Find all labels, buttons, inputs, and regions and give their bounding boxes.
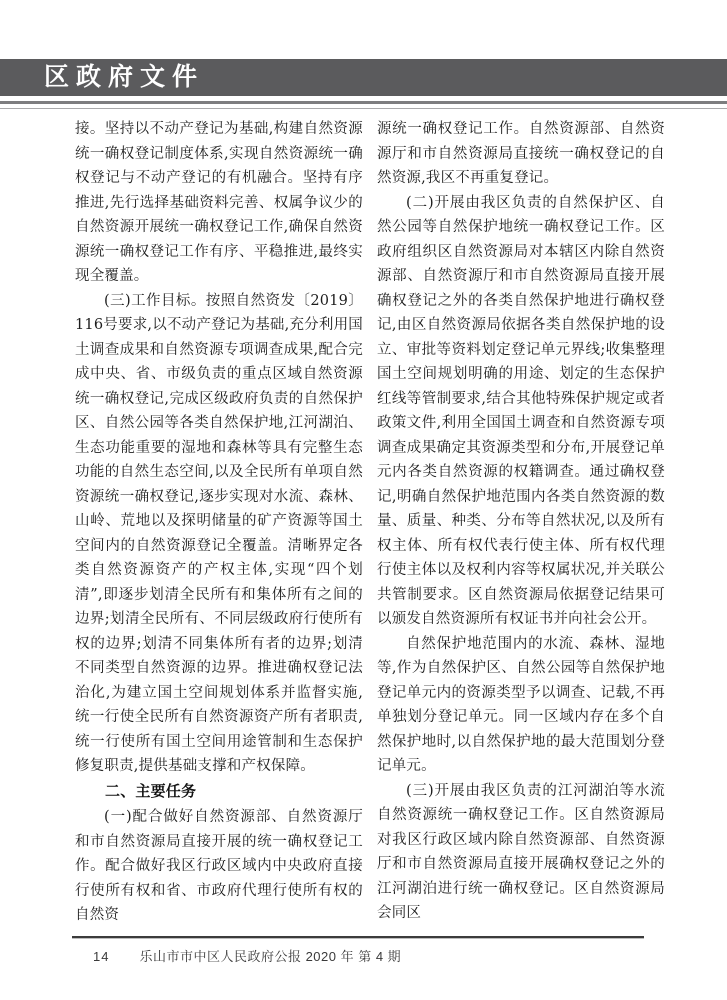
header-rule-thin bbox=[0, 108, 727, 109]
gazette-page: 区政府文件 接。坚持以不动产登记为基础,构建自然资源统一确权登记制度体系,实现自… bbox=[0, 0, 727, 1000]
section-title: 区政府文件 bbox=[44, 65, 204, 90]
paragraph-task-one: (一)配合做好自然资源部、自然资源厅和市自然资源局直接开展的统一确权登记工作。配… bbox=[75, 805, 363, 928]
paragraph-continuation: 接。坚持以不动产登记为基础,构建自然资源统一确权登记制度体系,实现自然资源统一确… bbox=[75, 117, 363, 289]
footer: 14 乐山市市中区人民政府公报 2020 年 第 4 期 bbox=[93, 946, 401, 965]
section-header-bar: 区政府文件 bbox=[0, 59, 727, 96]
paragraph-task-one-continued: 源统一确权登记工作。自然资源部、自然资源厅和市自然资源局直接统一确权登记的自然资… bbox=[377, 117, 665, 191]
article-body: 接。坚持以不动产登记为基础,构建自然资源统一确权登记制度体系,实现自然资源统一确… bbox=[75, 117, 665, 928]
publication-title: 乐山市市中区人民政府公报 2020 年 第 4 期 bbox=[139, 946, 401, 965]
left-column: 接。坚持以不动产登记为基础,构建自然资源统一确权登记制度体系,实现自然资源统一确… bbox=[75, 117, 363, 928]
paragraph-protected-area-units: 自然保护地范围内的水流、森林、湿地等,作为自然保护区、自然公园等自然保护地登记单… bbox=[377, 632, 665, 779]
page-number: 14 bbox=[93, 949, 109, 964]
paragraph-work-goals: (三)工作目标。按照自然资发〔2019〕116号要求,以不动产登记为基础,充分利… bbox=[75, 289, 363, 779]
header-rule-thick bbox=[0, 101, 727, 104]
paragraph-task-three: (三)开展由我区负责的江河湖泊等水流自然资源统一确权登记工作。区自然资源局对我区… bbox=[377, 779, 665, 926]
paragraph-task-two: (二)开展由我区负责的自然保护区、自然公园等自然保护地统一确权登记工作。区政府组… bbox=[377, 191, 665, 632]
section-heading-main-tasks: 二、主要任务 bbox=[75, 780, 363, 805]
right-column: 源统一确权登记工作。自然资源部、自然资源厅和市自然资源局直接统一确权登记的自然资… bbox=[377, 117, 665, 928]
footer-rule bbox=[72, 936, 644, 939]
